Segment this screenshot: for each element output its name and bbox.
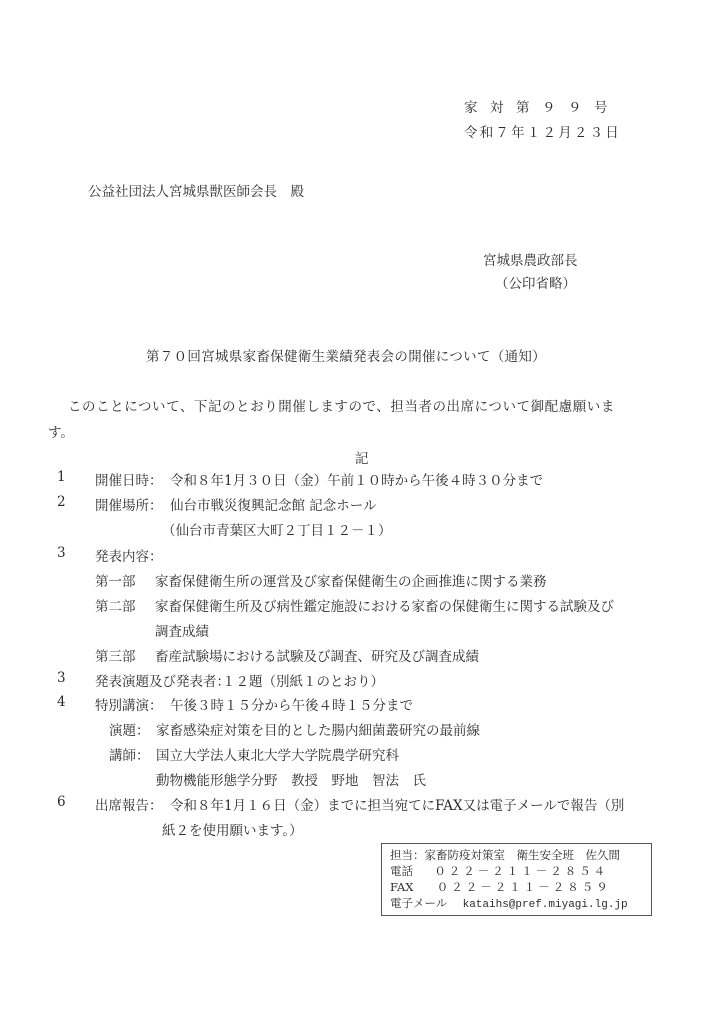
phone-number: ０２２－２１１－２８５４ [434, 864, 608, 878]
fax-label: FAX [390, 880, 413, 894]
contact-phone-row: 電話 ０２２－２１１－２８５４ [390, 863, 643, 879]
part-name: 第二部 [95, 595, 136, 615]
lecture-topic-label: 演題： [109, 719, 150, 739]
venue-address: （仙台市青葉区大町２丁目１２－１） [162, 519, 392, 539]
part-text: 家畜保健衛生所及び病性鑑定施設における家畜の保健衛生に関する試験及び [155, 595, 614, 615]
item-label: 開催日時： [95, 469, 163, 489]
sender-name: 宮城県農政部長 [483, 249, 578, 269]
document-number: 家対第９９号 [464, 96, 620, 116]
lecturer-name: 動物機能形態学分野 教授 野地 智法 氏 [156, 769, 426, 789]
part-name: 第三部 [95, 645, 136, 665]
body-text-line-2: す。 [48, 421, 74, 441]
item-text: 令和８年1月１６日（金）までに担当宛てにFAX又は電子メールで報告（別 [170, 794, 624, 814]
item-number: 3 [57, 545, 66, 561]
item-text: 令和８年1月３０日（金）午前１０時から午後４時３０分まで [170, 469, 543, 489]
document-title: 第７０回宮城県家畜保健衛生業績発表会の開催について（通知） [146, 345, 546, 365]
contact-email-row: 電子メール kataihs@pref.miyagi.lg.jp [390, 895, 643, 913]
email-label: 電子メール [390, 896, 447, 910]
item-label: 特別講演： [95, 694, 163, 714]
item-number: 2 [57, 494, 66, 510]
lecturer-affiliation: 国立大学法人東北大学大学院農学研究科 [156, 744, 399, 764]
addressee: 公益社団法人宮城県獣医師会長 殿 [88, 180, 304, 200]
item-number: 3 [57, 670, 66, 686]
contact-person: 担当：家畜防疫対策室 衛生安全班 佐久間 [390, 847, 643, 863]
document-date: 令和７年１２月２３日 [464, 121, 621, 141]
item-number: 1 [57, 469, 66, 485]
phone-label: 電話 [390, 864, 413, 878]
item-text: １２題（別紙１のとおり） [222, 670, 384, 690]
contact-fax-row: FAX ０２２－２１１－２８５９ [390, 879, 643, 895]
body-text-line-1: このことについて、下記のとおり開催しますので、担当者の出席について御配慮願いま [68, 395, 615, 415]
item-label: 出席報告： [95, 794, 163, 814]
item-text: 仙台市戦災復興記念館 記念ホール [170, 494, 377, 514]
part-name: 第一部 [95, 570, 136, 590]
item-number: 4 [57, 694, 66, 710]
lecture-topic: 家畜感染症対策を目的とした腸内細菌叢研究の最前線 [156, 719, 480, 739]
ki-heading: 記 [355, 447, 369, 467]
item-number: 6 [57, 794, 66, 810]
part-text: 家畜保健衛生所の運営及び家畜保健衛生の企画推進に関する業務 [155, 570, 547, 590]
item-label: 発表演題及び発表者： [95, 670, 230, 690]
item-text-continued: 紙２を使用願います。） [162, 819, 303, 839]
part-text-continued: 調査成績 [155, 620, 209, 640]
email-address[interactable]: kataihs@pref.miyagi.lg.jp [463, 899, 628, 911]
item-text: 午後３時１５分から午後４時１５分まで [170, 694, 413, 714]
lecturer-label: 講師： [109, 744, 150, 764]
part-text: 畜産試験場における試験及び調査、研究及び調査成績 [155, 645, 479, 665]
contact-box: 担当：家畜防疫対策室 衛生安全班 佐久間 電話 ０２２－２１１－２８５４ FAX… [381, 843, 652, 916]
fax-number: ０２２－２１１－２８５９ [437, 880, 611, 894]
sender-seal-note: （公印省略） [495, 272, 576, 292]
item-label: 開催場所： [95, 494, 163, 514]
item-label: 発表内容： [95, 545, 163, 565]
